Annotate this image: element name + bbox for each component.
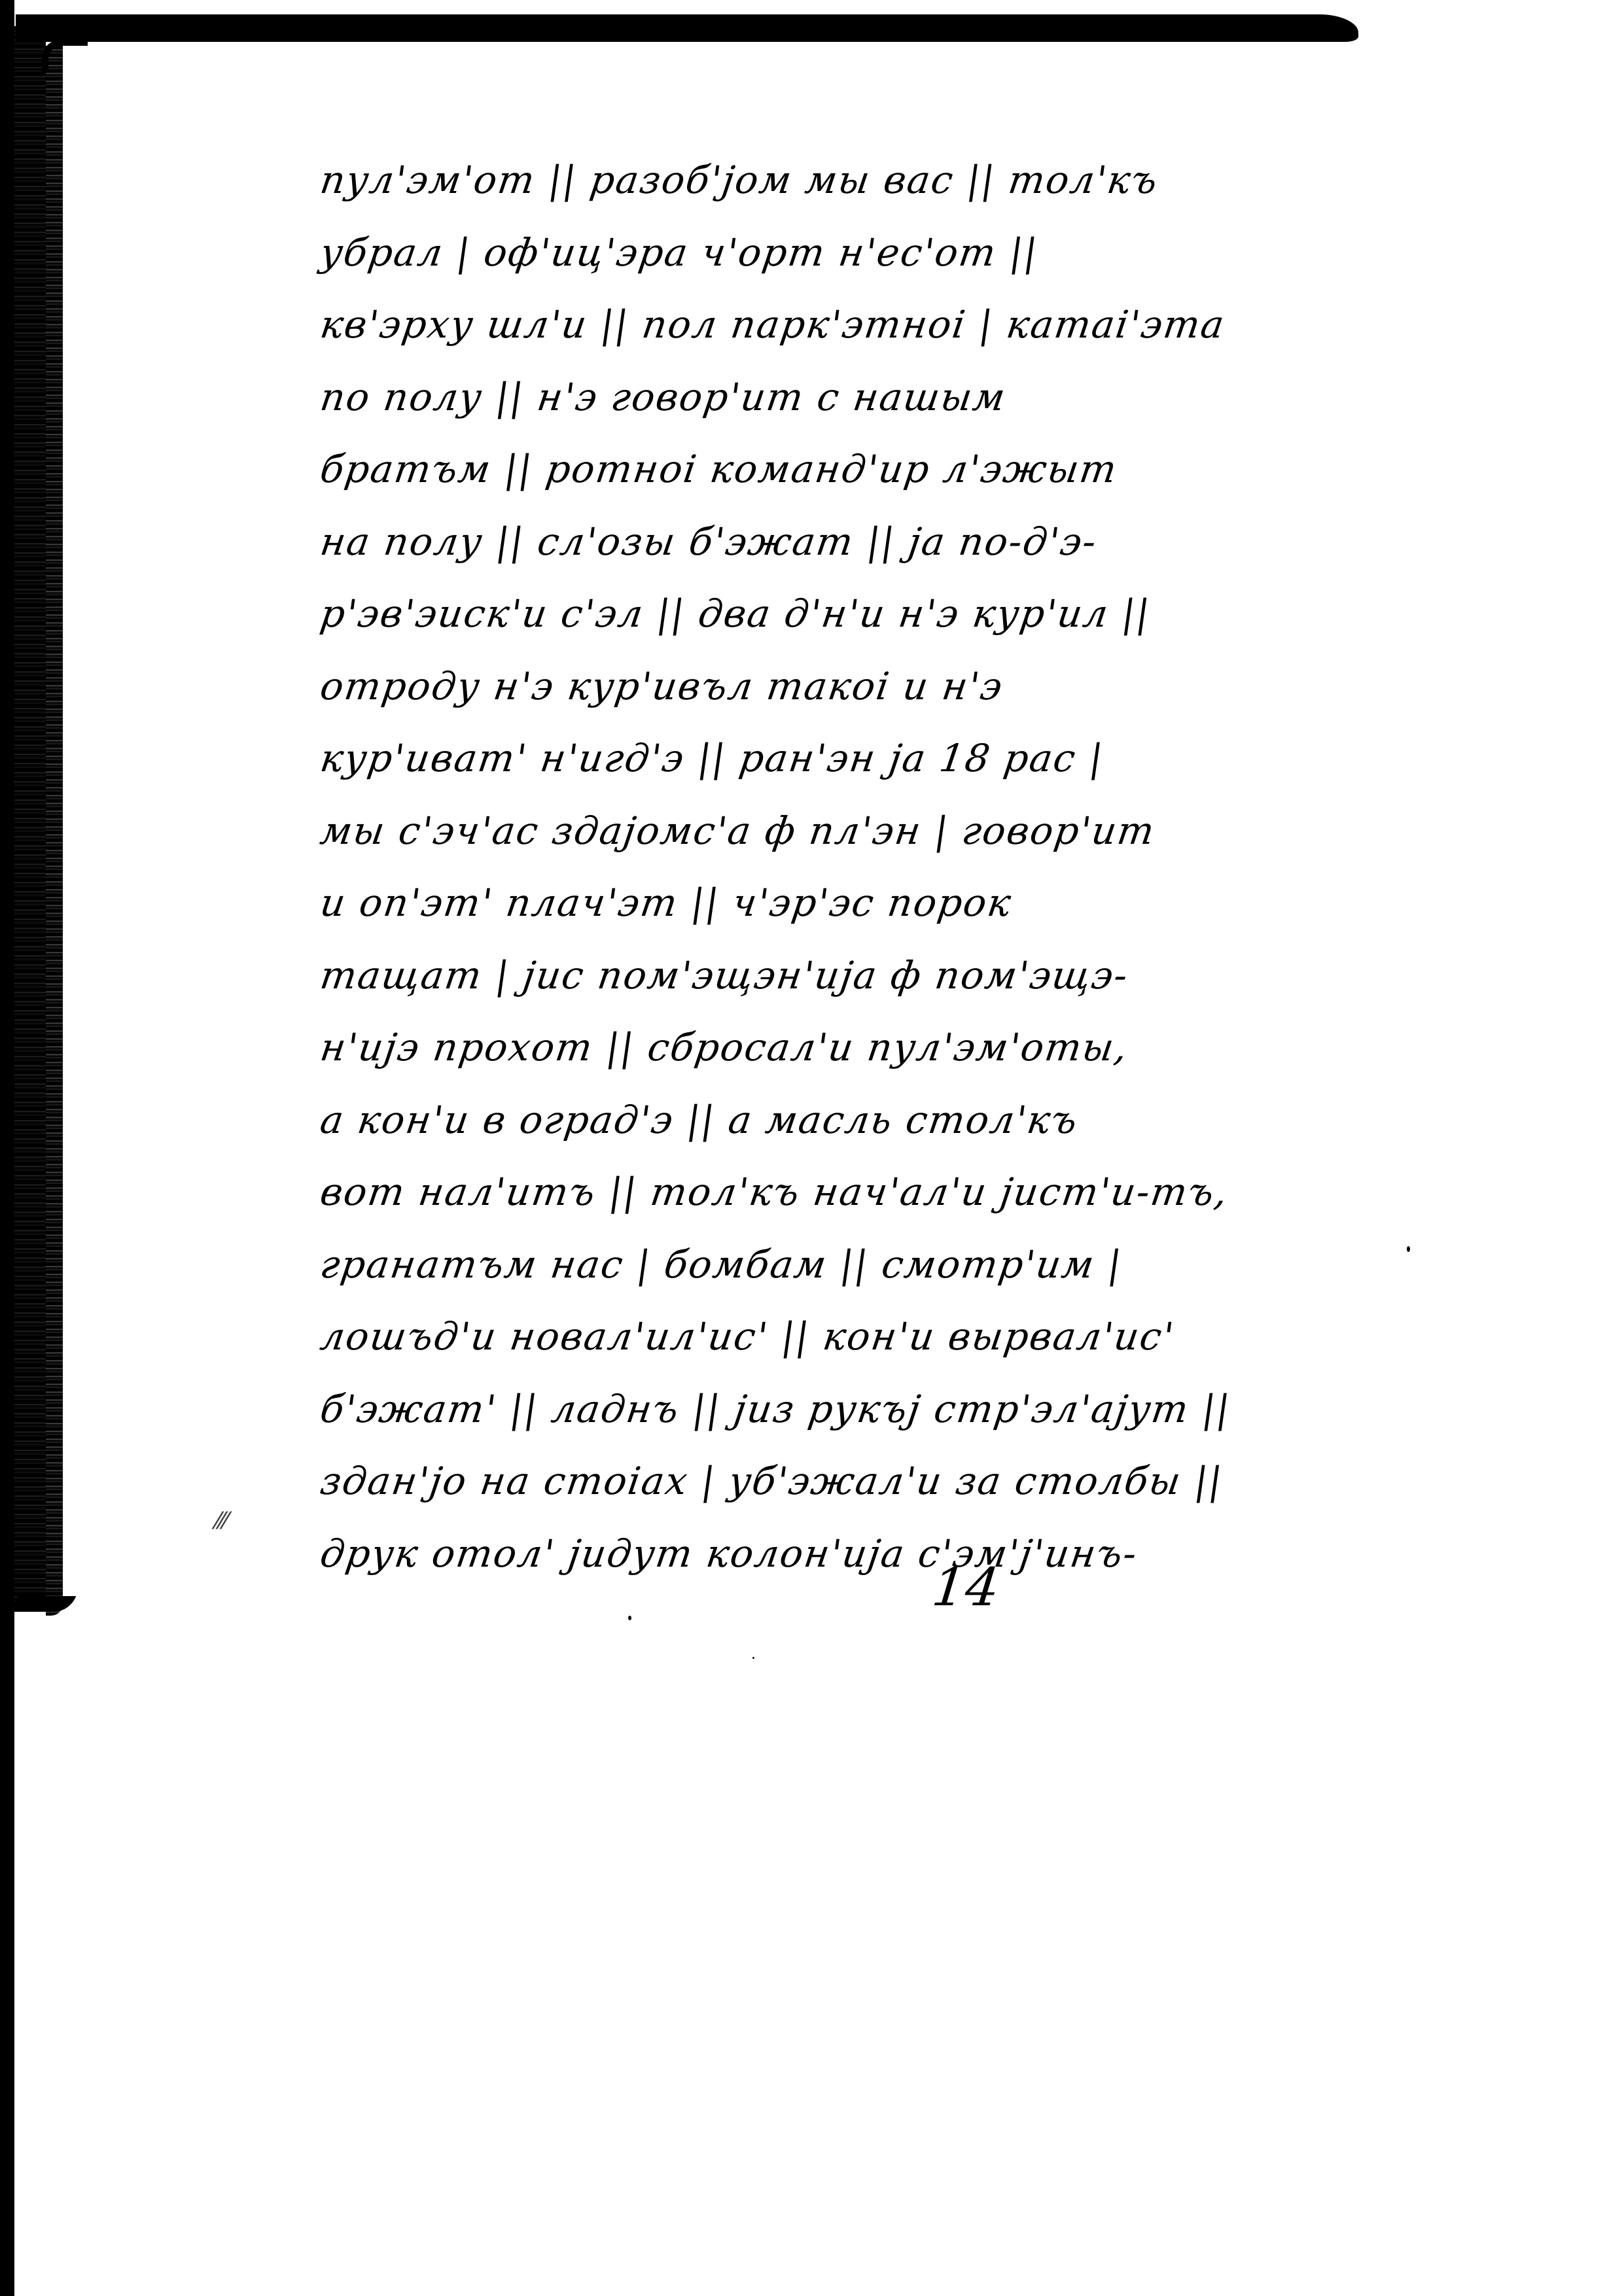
handwritten-line: и оп'эт' плач'эт || ч'эр'эс порок bbox=[315, 867, 1405, 939]
handwritten-line: на полу || сл'озы б'эжат || ја по-д'э- bbox=[315, 506, 1405, 578]
handwritten-line: по полу || н'э говор'ит с нашым bbox=[315, 361, 1405, 434]
handwritten-line: убрал | оф'иц'эра ч'орт н'ес'от || bbox=[315, 217, 1405, 289]
page-number: 14 bbox=[929, 1557, 1002, 1618]
scan-binding-strip bbox=[14, 26, 46, 1609]
scan-top-left-corner bbox=[42, 39, 88, 72]
handwritten-line: лошъд'и новал'ил'ис' || кон'и вырвал'ис' bbox=[315, 1300, 1405, 1373]
handwritten-line: кур'иват' н'игд'э || ран'эн ја 18 рас | bbox=[315, 722, 1405, 795]
handwritten-line: р'эв'эиск'и с'эл || два д'н'и н'э кур'ил… bbox=[315, 578, 1405, 650]
handwritten-line: гранатъм нас | бомбам || смотр'им | bbox=[315, 1228, 1405, 1301]
handwritten-line: братъм || ротноі команд'ир л'эжыт bbox=[315, 433, 1405, 506]
handwritten-line: вот нал'итъ || тол'къ нач'ал'и јист'и-тъ… bbox=[315, 1156, 1405, 1228]
handwritten-line: б'эжат' || ладнъ || јиз рукъј стр'эл'ају… bbox=[315, 1373, 1405, 1446]
scan-speck bbox=[628, 1616, 631, 1620]
handwritten-line: а кон'и в оград'э || а масль стол'къ bbox=[315, 1084, 1405, 1157]
scan-top-edge bbox=[16, 14, 1358, 42]
handwritten-line: кв'эрху шл'и || пол парк'этноі | катаі'э… bbox=[315, 288, 1405, 361]
handwritten-line: н'ијэ прохот || сбросал'и пул'эм'оты, bbox=[315, 1011, 1405, 1084]
scan-speck bbox=[1407, 1246, 1410, 1252]
scan-binding-shadow bbox=[0, 0, 14, 2296]
handwritten-text-block: пул'эм'от || разоб'јом мы вас || тол'къ … bbox=[321, 144, 1400, 1590]
handwritten-line: пул'эм'от || разоб'јом мы вас || тол'къ bbox=[315, 144, 1405, 217]
handwritten-line: друк отол' јидут колон'ија с'эм'ј'инъ- bbox=[315, 1518, 1405, 1590]
margin-pencil-marks: ⁄⁄⁄ bbox=[216, 1508, 228, 1535]
scan-binding-bottom-edge bbox=[12, 1596, 77, 1612]
handwritten-line: отроду н'э кур'ивъл такоі и н'э bbox=[315, 650, 1405, 723]
handwritten-line: тащат | јис пом'эщэн'ија ф пом'эщэ- bbox=[315, 939, 1405, 1012]
scan-speck bbox=[752, 1657, 754, 1659]
scan-binding-inner-strip bbox=[46, 46, 63, 1616]
handwritten-line: здан'јо на стоіах | уб'эжал'и за столбы … bbox=[315, 1445, 1405, 1518]
scanned-page: пул'эм'от || разоб'јом мы вас || тол'къ … bbox=[0, 0, 1607, 2296]
handwritten-line: мы с'эч'ас здајомс'а ф пл'эн | говор'ит bbox=[315, 795, 1405, 867]
